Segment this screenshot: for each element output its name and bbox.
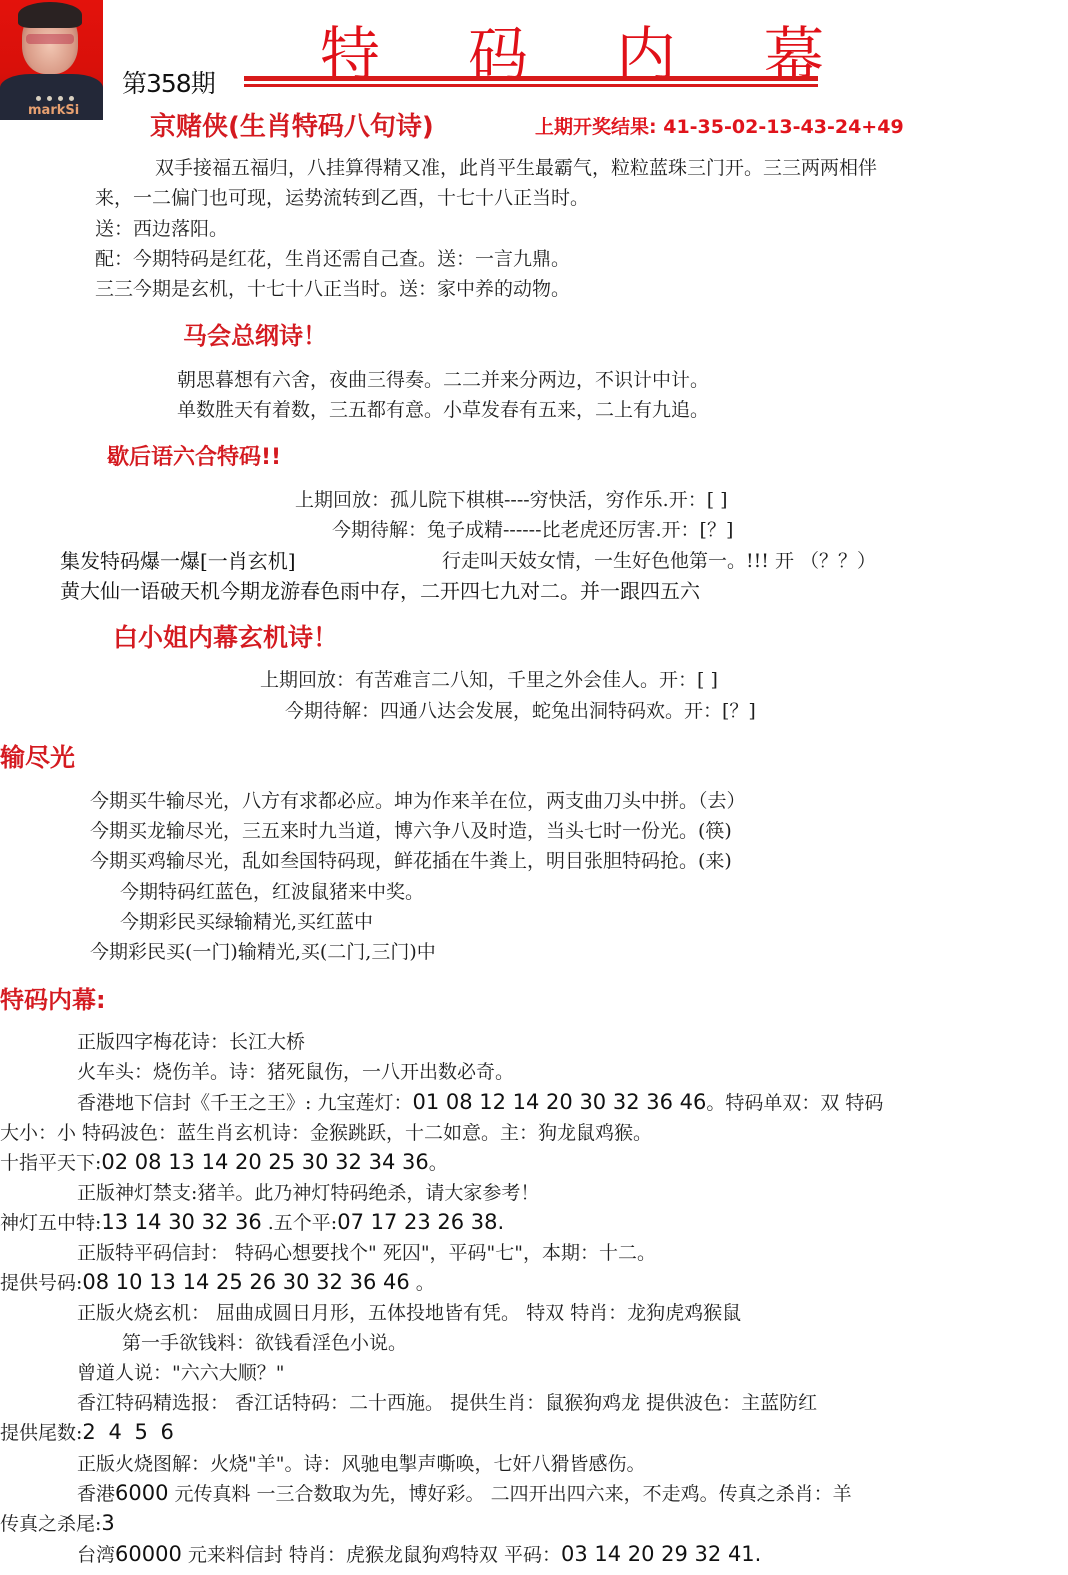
photo-brand-label: markSi <box>28 103 79 118</box>
riddle-line: 今期待解：兔子成精------比老虎还厉害.开：[？] <box>332 515 733 542</box>
section-heading-mahui: 马会总纲诗！ <box>183 316 327 351</box>
page-title: 特码内幕 <box>320 8 912 94</box>
poem-line: 单数胜天有着数，三五都有意。小草发春有五来，二上有九追。 <box>177 395 709 422</box>
prediction-line: 今期彩民买(一门)输精光,买(二门,三门)中 <box>90 937 436 964</box>
number-list: 13 14 30 32 36 <box>101 1210 261 1234</box>
insider-line: 曾道人说："六六大顺？" <box>77 1358 284 1385</box>
subtitle-heading: 京赌侠(生肖特码八句诗) <box>150 106 434 143</box>
number-list: 03 14 20 29 32 41. <box>561 1542 761 1566</box>
section-heading-shujinguang: 输尽光 <box>0 738 75 774</box>
insider-line: 香港地下信封《千王之王》: 九宝莲灯：01 08 12 14 20 30 32 … <box>77 1088 883 1115</box>
insider-line: 香港6000 元传真料 一三合数取为先，博好彩。 二四开出四六来，不走鸡。传真之… <box>77 1479 852 1506</box>
poem-line: 朝思暮想有六舍，夜曲三得奏。二二并来分两边，不识计中计。 <box>177 365 709 392</box>
insider-line: 提供号码:08 10 13 14 25 26 30 32 36 46 。 <box>0 1268 435 1295</box>
author-photo: markSi <box>0 0 103 120</box>
poem-line: 三三今期是玄机，十七十八正当时。送：家中养的动物。 <box>95 274 570 301</box>
insider-line: 正版火烧图解：火烧"羊"。诗：风驰电掣声嘶唤，七奸八猾皆感伤。 <box>77 1449 645 1476</box>
prediction-line: 今期彩民买绿输精光,买红蓝中 <box>120 907 373 934</box>
insider-line: 传真之杀尾:3 <box>0 1509 115 1536</box>
insider-line: 大小：小 特码波色：蓝生肖玄机诗：金猴跳跃，十二如意。主：狗龙鼠鸡猴。 <box>0 1118 652 1145</box>
riddle-line: 上期回放：孤儿院下棋棋----穷快活，穷作乐.开：[ ] <box>295 485 728 512</box>
riddle-line: 今期待解：四通八达会发展，蛇兔出洞特码欢。开：[？] <box>285 696 756 723</box>
number-list: 08 10 13 14 25 26 30 32 36 46 <box>82 1270 409 1294</box>
insider-line: 正版特平码信封： 特码心想要找个" 死囚"，平码"七"，本期：十二。 <box>77 1238 656 1265</box>
number-list: 2 4 5 6 <box>82 1420 176 1444</box>
huang-daxian-line: 黄大仙一语破天机今期龙游春色雨中存，二开四七九对二。并一跟四五六 <box>60 575 700 604</box>
last-result-label: 上期开奖结果: <box>535 116 657 138</box>
jifa-label: 集发特码爆一爆[一肖玄机] <box>60 545 296 574</box>
insider-line: 十指平天下:02 08 13 14 20 25 30 32 34 36。 <box>0 1148 448 1175</box>
section-heading-baixiaojie: 白小姐内幕玄机诗！ <box>113 618 338 654</box>
photo-buttons <box>36 86 86 100</box>
prediction-line: 今期买牛输尽光，八方有求都必应。坤为作来羊在位，两支曲刀头中拼。（去） <box>90 786 746 813</box>
insider-line: 正版火烧玄机： 屈曲成圆日月形，五体投地皆有凭。 特双 特肖：龙狗虎鸡猴鼠 <box>77 1298 741 1325</box>
poem-line: 配：今期特码是红花，生肖还需自己查。送：一言九鼎。 <box>95 244 570 271</box>
riddle-line: 上期回放：有苦难言二八知，千里之外会佳人。开：[ ] <box>260 665 718 692</box>
section-heading-xiehouyu: 歇后语六合特码!! <box>107 440 281 471</box>
insider-line: 火车头：烧伤羊。诗：猪死鼠伤，一八开出数必奇。 <box>77 1057 514 1084</box>
last-result: 上期开奖结果: 41-35-02-13-43-24+49 <box>535 112 904 139</box>
prediction-line: 今期买龙输尽光，三五来时九当道，博六争八及时造，当头七时一份光。(筷) <box>90 816 732 843</box>
insider-line: 香江特码精选报： 香江话特码：二十西施。 提供生肖：鼠猴狗鸡龙 提供波色：主蓝防… <box>77 1388 817 1415</box>
insider-line: 神灯五中特:13 14 30 32 36 .五个平:07 17 23 26 38… <box>0 1208 504 1235</box>
title-underline <box>244 76 818 81</box>
photo-hair <box>18 2 82 28</box>
section-heading-temaneimu: 特码内幕: <box>0 980 106 1015</box>
jifa-text: 行走叫天妓女情，一生好色他第一。!!! 开 （？？） <box>442 546 876 573</box>
insider-line: 正版四字梅花诗：长江大桥 <box>77 1027 305 1054</box>
number-list: 02 08 13 14 20 25 30 32 34 36 <box>101 1150 428 1174</box>
title-underline-thin <box>244 84 818 87</box>
poem-line: 来，一二偏门也可现，运势流转到乙酉，十七十八正当时。 <box>95 183 589 210</box>
photo-glasses <box>26 34 74 44</box>
issue-number: 第358期 <box>122 64 215 100</box>
insider-line: 正版神灯禁支:猪羊。此乃神灯特码绝杀，请大家参考！ <box>77 1178 539 1205</box>
last-result-numbers: 41-35-02-13-43-24+49 <box>663 116 903 138</box>
prediction-line: 今期买鸡输尽光，乱如叁国特码现，鲜花插在牛粪上，明目张胆特码抢。(来) <box>90 846 732 873</box>
poem-line: 送：西边落阳。 <box>95 214 228 241</box>
insider-line: 提供尾数:2 4 5 6 <box>0 1418 177 1445</box>
prediction-line: 今期特码红蓝色，红波鼠猪来中奖。 <box>120 877 424 904</box>
insider-line: 台湾60000 元来料信封 特肖：虎猴龙鼠狗鸡特双 平码：03 14 20 29… <box>77 1540 761 1567</box>
number-list: 07 17 23 26 38. <box>337 1210 504 1234</box>
number-list: 01 08 12 14 20 30 32 36 46 <box>412 1090 706 1114</box>
poem-line: 双手接福五福归，八挂算得精又准，此肖平生最霸气，粒粒蓝珠三门开。三三两两相伴 <box>155 153 877 180</box>
insider-line: 第一手欲钱料：欲钱看淫色小说。 <box>122 1328 407 1355</box>
